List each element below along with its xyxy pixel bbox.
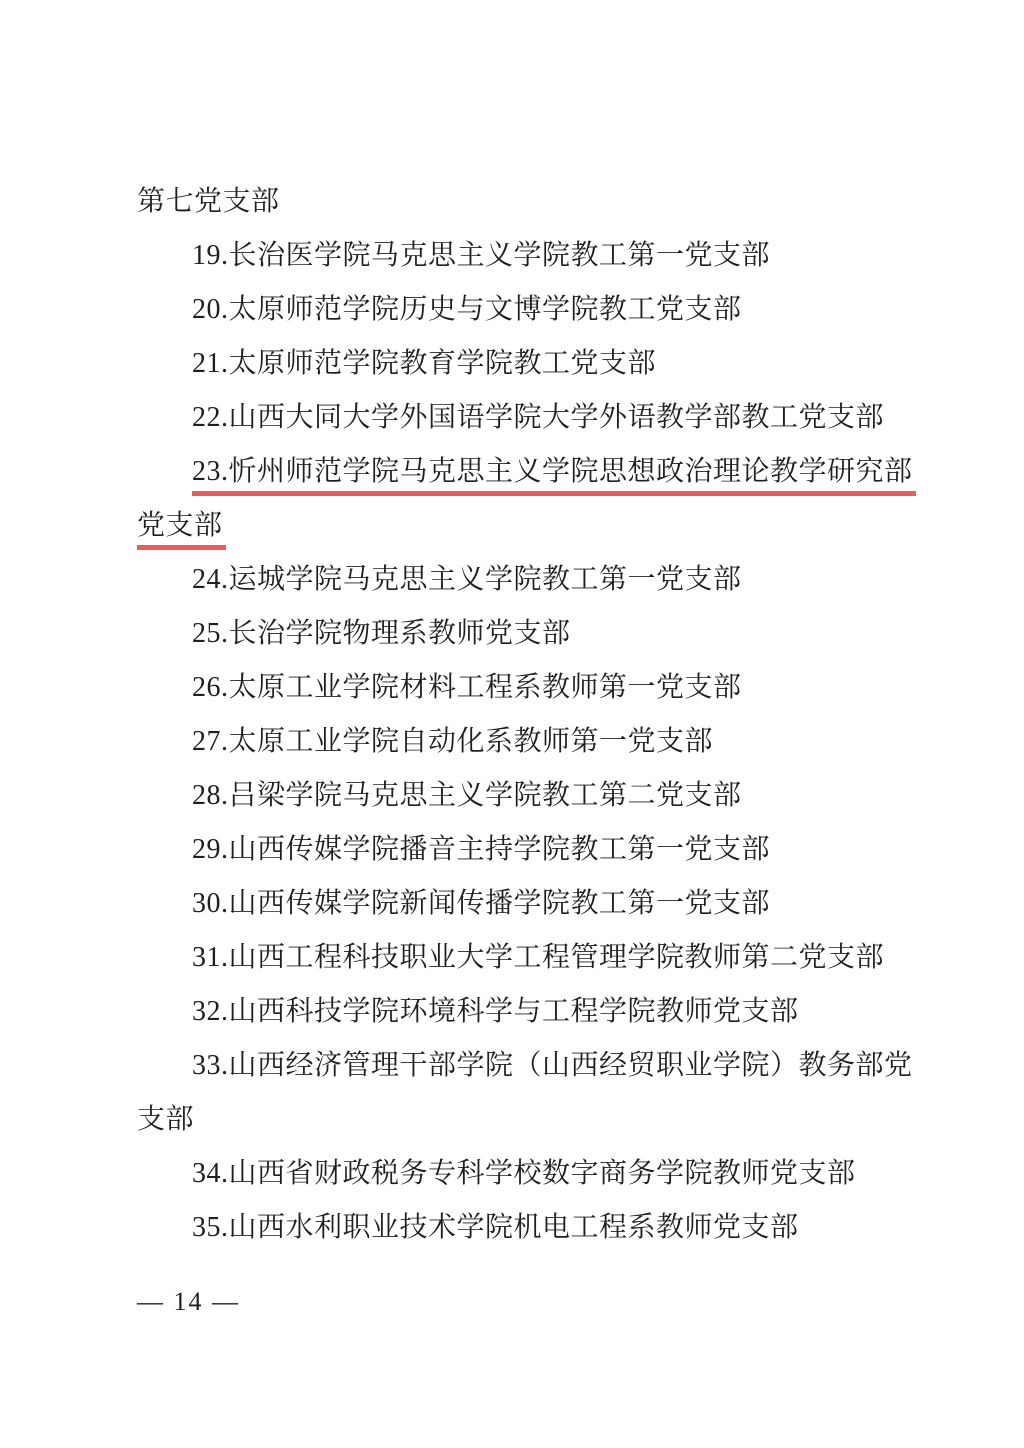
document-body: 第七党支部 19.长治医学院马克思主义学院教工第一党支部20.太原师范学院历史与… <box>137 175 944 1255</box>
list-line: 27.太原工业学院自动化系教师第一党支部 <box>137 715 944 769</box>
line-text: 19.长治医学院马克思主义学院教工第一党支部 <box>192 240 770 271</box>
list-line: 党支部 <box>137 499 944 553</box>
list-line: 21.太原师范学院教育学院教工党支部 <box>137 337 944 391</box>
line-text: 33.山西经济管理干部学院（山西经贸职业学院）教务部党 <box>192 1050 913 1081</box>
list-line: 23.忻州师范学院马克思主义学院思想政治理论教学研究部 <box>137 445 944 499</box>
page-number-footer: — 14 — <box>137 1286 240 1318</box>
list-line: 22.山西大同大学外国语学院大学外语教学部教工党支部 <box>137 391 944 445</box>
line-text: 26.太原工业学院材料工程系教师第一党支部 <box>192 672 742 703</box>
list-line: 30.山西传媒学院新闻传播学院教工第一党支部 <box>137 877 944 931</box>
list-line: 31.山西工程科技职业大学工程管理学院教师第二党支部 <box>137 931 944 985</box>
line-text: 29.山西传媒学院播音主持学院教工第一党支部 <box>192 834 770 865</box>
list-line: 33.山西经济管理干部学院（山西经贸职业学院）教务部党 <box>137 1039 944 1093</box>
list-line: 34.山西省财政税务专科学校数字商务学院教师党支部 <box>137 1147 944 1201</box>
red-underlined-text: 党支部 <box>137 503 226 550</box>
section-heading: 第七党支部 <box>137 175 944 229</box>
line-text: 22.山西大同大学外国语学院大学外语教学部教工党支部 <box>192 402 884 433</box>
list-line: 28.吕梁学院马克思主义学院教工第二党支部 <box>137 769 944 823</box>
line-text: 30.山西传媒学院新闻传播学院教工第一党支部 <box>192 888 770 919</box>
line-text: 20.太原师范学院历史与文博学院教工党支部 <box>192 294 742 325</box>
line-text: 25.长治学院物理系教师党支部 <box>192 618 571 649</box>
list-line: 32.山西科技学院环境科学与工程学院教师党支部 <box>137 985 944 1039</box>
document-page: 第七党支部 19.长治医学院马克思主义学院教工第一党支部20.太原师范学院历史与… <box>0 0 1024 1448</box>
line-text: 28.吕梁学院马克思主义学院教工第二党支部 <box>192 780 742 811</box>
list-line: 29.山西传媒学院播音主持学院教工第一党支部 <box>137 823 944 877</box>
red-underlined-text: 23.忻州师范学院马克思主义学院思想政治理论教学研究部 <box>192 449 916 496</box>
list-line: 25.长治学院物理系教师党支部 <box>137 607 944 661</box>
list-line: 20.太原师范学院历史与文博学院教工党支部 <box>137 283 944 337</box>
line-text: 31.山西工程科技职业大学工程管理学院教师第二党支部 <box>192 942 884 973</box>
branch-list: 19.长治医学院马克思主义学院教工第一党支部20.太原师范学院历史与文博学院教工… <box>137 229 944 1255</box>
line-text: 32.山西科技学院环境科学与工程学院教师党支部 <box>192 996 799 1027</box>
list-line: 19.长治医学院马克思主义学院教工第一党支部 <box>137 229 944 283</box>
line-text: 21.太原师范学院教育学院教工党支部 <box>192 348 656 379</box>
line-text: 35.山西水利职业技术学院机电工程系教师党支部 <box>192 1212 799 1243</box>
line-text: 34.山西省财政税务专科学校数字商务学院教师党支部 <box>192 1158 856 1189</box>
list-line: 支部 <box>137 1093 944 1147</box>
list-line: 24.运城学院马克思主义学院教工第一党支部 <box>137 553 944 607</box>
line-text: 24.运城学院马克思主义学院教工第一党支部 <box>192 564 742 595</box>
line-text: 支部 <box>137 1104 194 1135</box>
line-text: 27.太原工业学院自动化系教师第一党支部 <box>192 726 713 757</box>
list-line: 35.山西水利职业技术学院机电工程系教师党支部 <box>137 1201 944 1255</box>
list-line: 26.太原工业学院材料工程系教师第一党支部 <box>137 661 944 715</box>
